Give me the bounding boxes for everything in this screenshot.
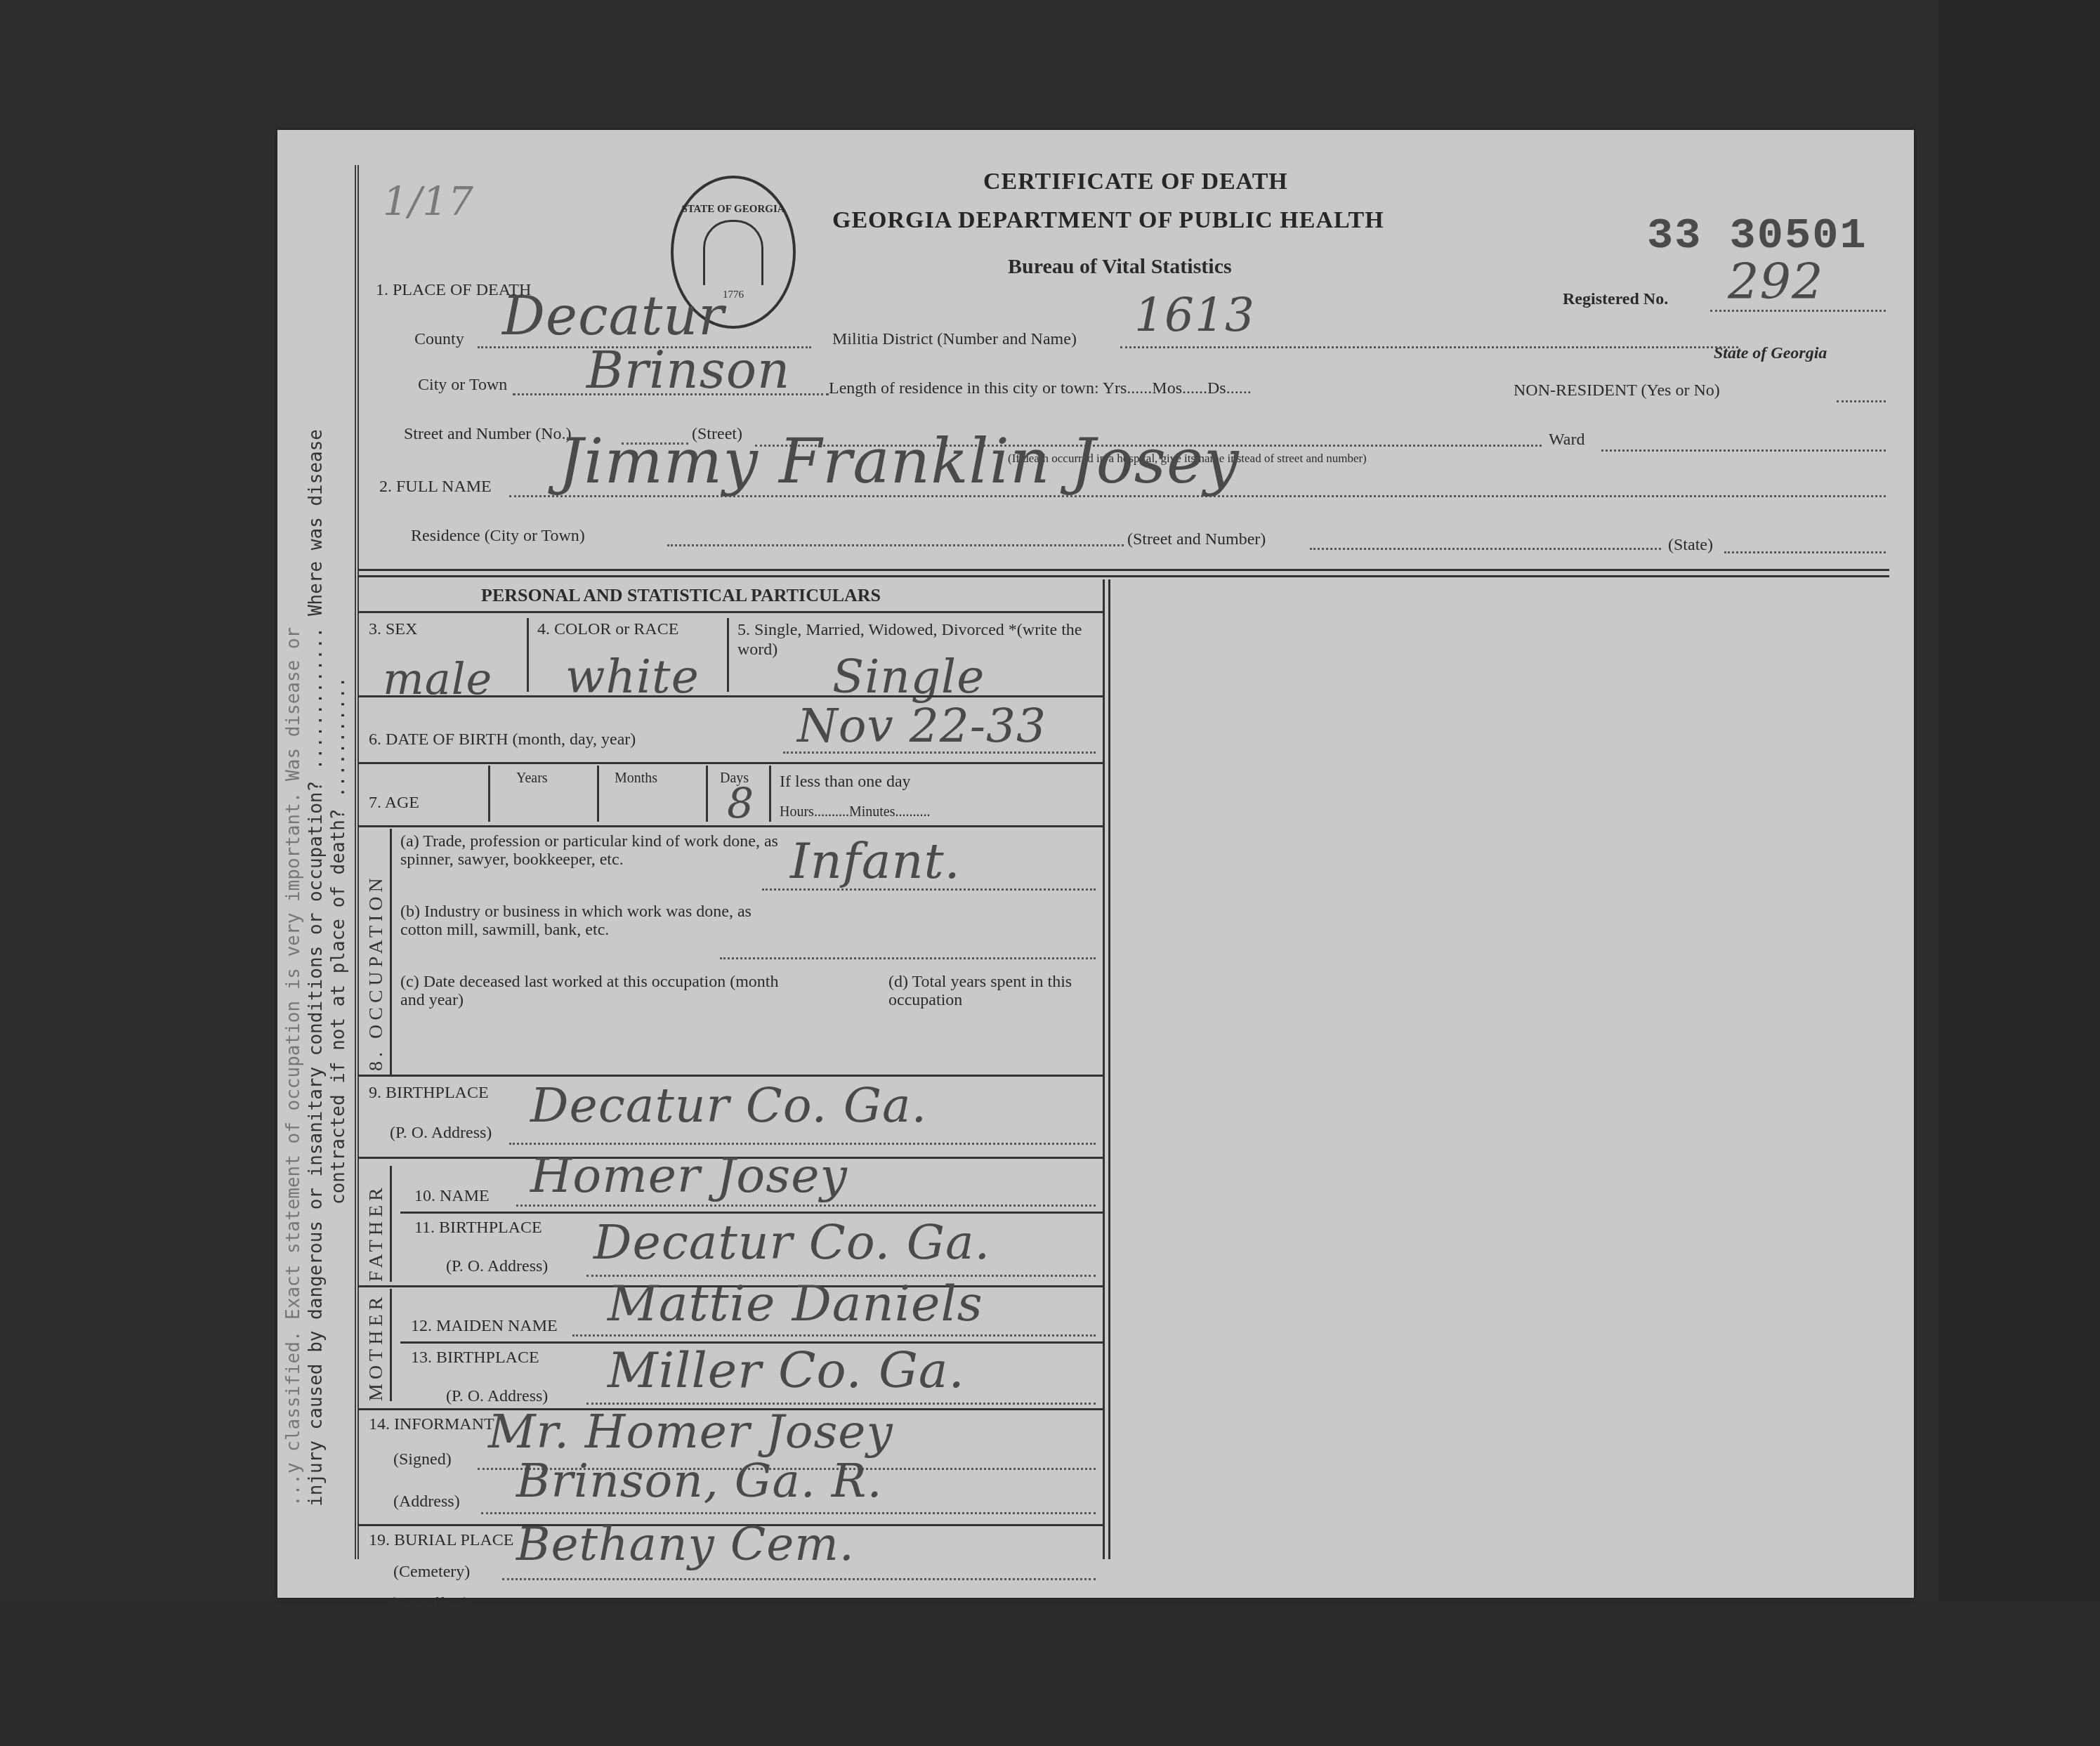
informant-label: 14. INFORMANT — [369, 1415, 494, 1434]
militia-label: Militia District (Number and Name) — [832, 330, 1077, 349]
burial-label: 19. BURIAL PLACE — [369, 1531, 513, 1550]
occupation-b-line — [720, 957, 1096, 959]
personal-section-title: PERSONAL AND STATISTICAL PARTICULARS — [481, 585, 881, 606]
margin-instruction-1: ...y classified. Exact statement of occu… — [283, 627, 304, 1507]
cell-divider — [488, 766, 490, 822]
dob-label: 6. DATE OF BIRTH (month, day, year) — [369, 730, 636, 749]
father-birthplace-value[interactable]: Decatur Co. Ga. — [593, 1215, 990, 1271]
informant-address-line — [481, 1512, 1096, 1514]
birthplace-value[interactable]: Decatur Co. Ga. — [530, 1078, 927, 1134]
informant-address-label: (Address) — [393, 1492, 460, 1511]
residence-street-line — [1310, 548, 1661, 550]
occupation-b-label: (b) Industry or business in which work w… — [400, 902, 794, 939]
occupation-c-label: (c) Date deceased last worked at this oc… — [400, 973, 794, 1009]
non-resident-line — [1837, 400, 1886, 402]
margin-note: 1/17 — [383, 179, 474, 225]
row-rule — [358, 825, 1103, 827]
scanner-background-bottom — [0, 1601, 2100, 1746]
father-po-label: (P. O. Address) — [446, 1257, 548, 1276]
section-divider — [358, 569, 1889, 577]
residence-state-line — [1724, 551, 1886, 553]
registered-no-value[interactable]: 292 — [1728, 253, 1824, 310]
state-label: State of Georgia — [1714, 344, 1827, 363]
seal-text: STATE OF GEORGIA — [681, 204, 785, 216]
militia-value[interactable]: 1613 — [1134, 288, 1255, 342]
mother-birthplace-value[interactable]: Miller Co. Ga. — [608, 1341, 965, 1399]
bureau-name: Bureau of Vital Statistics — [1008, 255, 1232, 279]
city-value[interactable]: Brinson — [586, 341, 790, 400]
ward-line — [1601, 449, 1886, 452]
residence-length-label: Length of residence in this city or town… — [829, 379, 1252, 398]
age-label: 7. AGE — [369, 794, 419, 813]
mother-side-label: MOTHER — [365, 1293, 388, 1401]
mother-name-label: 12. MAIDEN NAME — [411, 1317, 558, 1336]
cell-divider — [597, 766, 599, 822]
birthplace-label: 9. BIRTHPLACE — [369, 1084, 489, 1103]
cell-divider — [769, 766, 771, 822]
sex-label: 3. SEX — [369, 620, 417, 639]
death-certificate: ...y classified. Exact statement of occu… — [277, 130, 1914, 1598]
residence-label: Residence (City or Town) — [411, 527, 585, 546]
mother-po-label: (P. O. Address) — [446, 1387, 548, 1406]
birthplace-po-label: (P. O. Address) — [390, 1124, 492, 1143]
row-rule — [400, 1212, 1103, 1214]
mother-name-line — [572, 1334, 1096, 1337]
seal-year: 1776 — [723, 289, 744, 301]
mother-birthplace-label: 13. BIRTHPLACE — [411, 1348, 539, 1367]
residence-street-label: (Street and Number) — [1127, 530, 1266, 549]
row-rule — [358, 695, 1103, 697]
column-divider-2 — [1108, 579, 1110, 1559]
row-rule — [358, 762, 1103, 764]
cell-divider — [390, 1166, 392, 1282]
father-birthplace-label: 11. BIRTHPLACE — [414, 1219, 542, 1238]
father-name-value[interactable]: Homer Josey — [530, 1148, 848, 1204]
mother-name-value[interactable]: Mattie Daniels — [608, 1275, 983, 1332]
residence-line — [667, 544, 1124, 546]
row-rule — [358, 611, 1103, 613]
row-rule — [358, 1075, 1103, 1077]
postoffice-label: (Postoffice) — [390, 1594, 469, 1613]
residence-state-label: (State) — [1668, 536, 1713, 555]
dob-value[interactable]: Nov 22-33 — [797, 699, 1046, 753]
birthplace-line — [509, 1143, 1096, 1145]
hours-minutes-label: Hours..........Minutes.......... — [780, 804, 930, 820]
race-label: 4. COLOR or RACE — [537, 620, 678, 639]
margin-instruction-2: injury caused by dangerous or insanitary… — [306, 429, 327, 1507]
full-name-value[interactable]: Jimmy Franklin Josey — [558, 425, 1240, 497]
cell-divider — [390, 829, 392, 1075]
cemetery-label: (Cemetery) — [393, 1563, 470, 1582]
cemetery-value[interactable]: Bethany Cem. — [516, 1517, 855, 1571]
county-value[interactable]: Decatur — [502, 284, 725, 347]
street-number-label: Street and Number (No.) — [404, 425, 572, 444]
occupation-a-label: (a) Trade, profession or particular kind… — [400, 832, 794, 869]
cell-divider — [727, 618, 729, 692]
father-name-label: 10. NAME — [414, 1187, 490, 1206]
age-months-label: Months — [615, 770, 657, 787]
full-name-label: 2. FULL NAME — [379, 478, 492, 497]
father-side-label: FATHER — [365, 1183, 388, 1282]
informant-signed-label: (Signed) — [393, 1450, 452, 1469]
certificate-title: CERTIFICATE OF DEATH — [983, 169, 1288, 195]
cemetery-line — [502, 1578, 1096, 1580]
cell-divider — [527, 618, 529, 692]
age-years-label: Years — [516, 770, 548, 787]
registered-no-label: Registered No. — [1563, 290, 1668, 309]
ward-label: Ward — [1549, 431, 1584, 449]
city-label: City or Town — [418, 376, 507, 395]
county-label: County — [414, 330, 464, 349]
occupation-a-value[interactable]: Infant. — [790, 832, 961, 890]
scanner-background-right — [1938, 0, 2100, 1746]
occupation-d-label: (d) Total years spent in this occupation — [888, 973, 1092, 1009]
cell-divider — [706, 766, 708, 822]
age-days-value[interactable]: 8 — [727, 780, 754, 829]
father-name-line — [516, 1205, 1096, 1207]
occupation-side-label: 8. OCCUPATION — [365, 874, 388, 1071]
informant-value[interactable]: Mr. Homer Josey — [488, 1405, 893, 1459]
less-than-day-label: If less than one day — [780, 773, 911, 792]
margin-instruction-3: contracted if not at place of death? ...… — [328, 677, 349, 1205]
informant-address-value[interactable]: Brinson, Ga. R. — [516, 1454, 882, 1508]
non-resident-label: NON-RESIDENT (Yes or No) — [1514, 381, 1720, 400]
department-name: GEORGIA DEPARTMENT OF PUBLIC HEALTH — [832, 207, 1384, 234]
cell-divider — [390, 1289, 392, 1401]
militia-line — [1120, 346, 1738, 348]
seal-arch-icon — [703, 220, 763, 285]
column-divider — [1103, 579, 1105, 1559]
